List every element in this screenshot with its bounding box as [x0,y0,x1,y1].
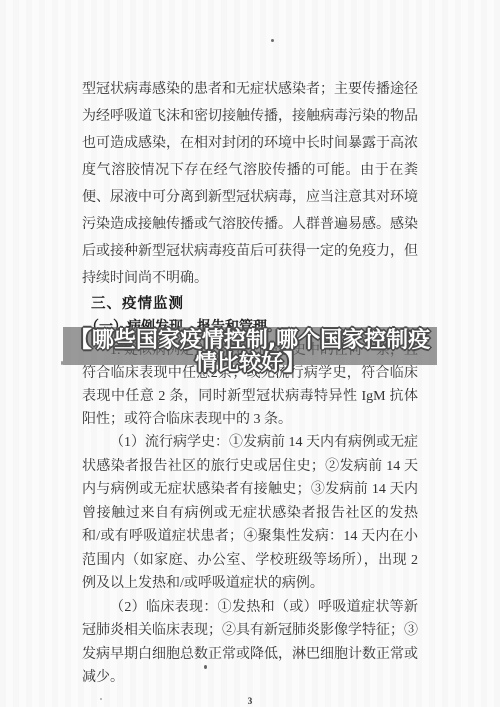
watermark-title-line1: 【哪些国家疫情控制,哪个国家控制疫 [63,329,437,352]
paragraph-virus-transmission: 型冠状病毒感染的患者和无症状感染者；主要传播途径为经呼吸道飞沫和密切接触传播，接… [82,76,418,292]
ink-speck [61,361,63,365]
document-body: 型冠状病毒感染的患者和无症状感染者；主要传播途径为经呼吸道飞沫和密切接触传播，接… [82,76,418,706]
scanned-document-page: 型冠状病毒感染的患者和无症状感染者；主要传播途径为经呼吸道飞沫和密切接触传播，接… [0,0,500,707]
ink-speck [100,698,102,700]
watermark-title: 【哪些国家疫情控制,哪个国家控制疫 情比较好】 [63,329,437,375]
paragraph-clinical-manifestations: （2）临床表现：①发热和（或）呼吸道症状等新冠肺炎相关临床表现；②具有新冠肺炎影… [82,596,418,690]
ink-speck [271,39,274,42]
watermark-title-line2: 情比较好】 [63,352,437,375]
page-number: 3 [82,696,418,706]
ink-speck [204,665,207,669]
paragraph-epidemiological-history: （1）流行病学史：①发病前 14 天内有病例或无症状感染者报告社区的旅行史或居住… [82,431,418,596]
heading-epidemic-monitoring: 三、疫情监测 [82,292,418,316]
